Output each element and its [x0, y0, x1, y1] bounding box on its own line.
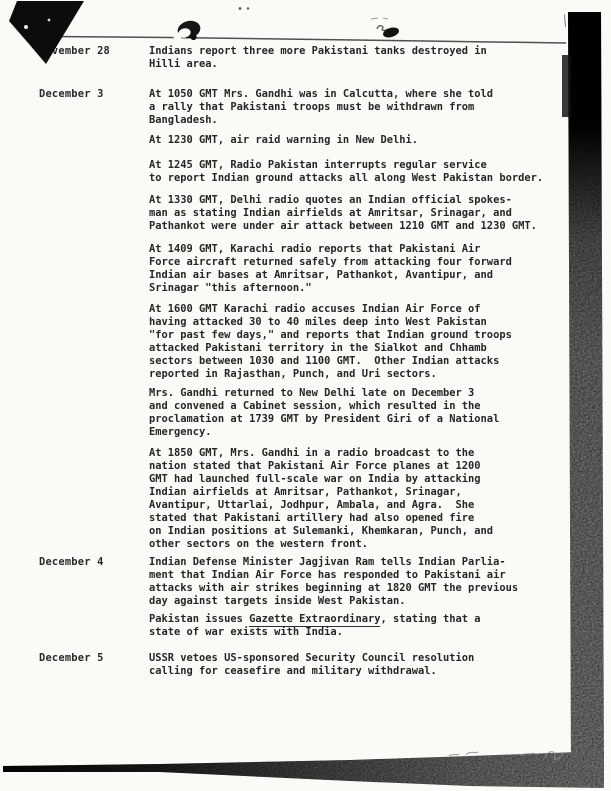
text-line: stated that Pakistani artillery had also… — [149, 512, 493, 525]
text-line: other sectors on the western front. — [149, 538, 493, 551]
text-line: USSR vetoes US-sponsored Security Counci… — [149, 652, 474, 665]
entry-paragraph: At 1050 GMT Mrs. Gandhi was in Calcutta,… — [149, 88, 493, 127]
entry-paragraph: At 1409 GMT, Karachi radio reports that … — [149, 243, 512, 295]
text-line: Pakistan issues Gazette Extraordinary, s… — [149, 613, 481, 626]
text-line: man as stating Indian airfields at Amrit… — [149, 207, 537, 220]
entry-paragraph: Indians report three more Pakistani tank… — [149, 45, 487, 71]
entry-date: December 3 — [39, 88, 104, 101]
entry-paragraph: USSR vetoes US-sponsored Security Counci… — [149, 652, 474, 678]
scanned-document-page: November 28Indians report three more Pak… — [0, 0, 611, 791]
entry-paragraph: At 1330 GMT, Delhi radio quotes an India… — [149, 194, 537, 233]
text-line: on Indian positions at Sulemanki, Khemka… — [149, 525, 493, 538]
entry-date: November 28 — [39, 45, 110, 58]
text-line: attacks with air strikes beginning at 18… — [149, 582, 518, 595]
entry-date: December 4 — [39, 556, 104, 569]
text-line: "for past few days," and reports that In… — [149, 329, 512, 342]
document-entries: November 28Indians report three more Pak… — [0, 0, 611, 791]
text-line: At 1050 GMT Mrs. Gandhi was in Calcutta,… — [149, 88, 493, 101]
entry-paragraph: Mrs. Gandhi returned to New Delhi late o… — [149, 387, 499, 439]
entry-paragraph: At 1230 GMT, air raid warning in New Del… — [149, 134, 418, 147]
text-line: GMT had launched full-scale war on India… — [149, 473, 493, 486]
entry-paragraph: Indian Defense Minister Jagjivan Ram tel… — [149, 556, 518, 608]
text-line: nation stated that Pakistani Air Force p… — [149, 460, 493, 473]
text-line: a rally that Pakistani troops must be wi… — [149, 101, 493, 114]
text-line: ment that Indian Air Force has responded… — [149, 569, 518, 582]
text-line: At 1245 GMT, Radio Pakistan interrupts r… — [149, 159, 543, 172]
entry-paragraph: Pakistan issues Gazette Extraordinary, s… — [149, 613, 481, 639]
text-line: calling for ceasefire and military withd… — [149, 665, 474, 678]
text-line: attacked Pakistani territory in the Sial… — [149, 342, 512, 355]
text-line: Force aircraft returned safely from atta… — [149, 256, 512, 269]
text-line: Emergency. — [149, 426, 499, 439]
text-line: Avantipur, Uttarlai, Jodhpur, Ambala, an… — [149, 499, 493, 512]
text-line: day against targets inside West Pakistan… — [149, 595, 518, 608]
text-line: Indians report three more Pakistani tank… — [149, 45, 487, 58]
text-line: Indian Defense Minister Jagjivan Ram tel… — [149, 556, 518, 569]
text-line: to report Indian ground attacks all alon… — [149, 172, 543, 185]
underlined-phrase: Gazette Extraordinary — [249, 613, 380, 627]
text-line: reported in Rajasthan, Punch, and Uri se… — [149, 368, 512, 381]
text-line: At 1409 GMT, Karachi radio reports that … — [149, 243, 512, 256]
entry-paragraph: At 1245 GMT, Radio Pakistan interrupts r… — [149, 159, 543, 185]
text-line: Pathankot were under air attack between … — [149, 220, 537, 233]
text-line: Bangladesh. — [149, 114, 493, 127]
text-line: At 1600 GMT Karachi radio accuses Indian… — [149, 303, 512, 316]
text-line: Mrs. Gandhi returned to New Delhi late o… — [149, 387, 499, 400]
text-line: Indian air bases at Amritsar, Pathankot,… — [149, 269, 512, 282]
text-line: having attacked 30 to 40 miles deep into… — [149, 316, 512, 329]
text-line: proclamation at 1739 GMT by President Gi… — [149, 413, 499, 426]
entry-paragraph: At 1850 GMT, Mrs. Gandhi in a radio broa… — [149, 447, 493, 551]
text-line: sectors between 1030 and 1100 GMT. Other… — [149, 355, 512, 368]
text-line: and convened a Cabinet session, which re… — [149, 400, 499, 413]
text-line: Hilli area. — [149, 58, 487, 71]
text-line: state of war exists with India. — [149, 626, 481, 639]
text-line: At 1230 GMT, air raid warning in New Del… — [149, 134, 418, 147]
text-line: Indian airfields at Amritsar, Pathankot,… — [149, 486, 493, 499]
text-line: Srinagar "this afternoon." — [149, 282, 512, 295]
text-line: At 1330 GMT, Delhi radio quotes an India… — [149, 194, 537, 207]
entry-date: December 5 — [39, 652, 104, 665]
entry-paragraph: At 1600 GMT Karachi radio accuses Indian… — [149, 303, 512, 381]
text-line: At 1850 GMT, Mrs. Gandhi in a radio broa… — [149, 447, 493, 460]
